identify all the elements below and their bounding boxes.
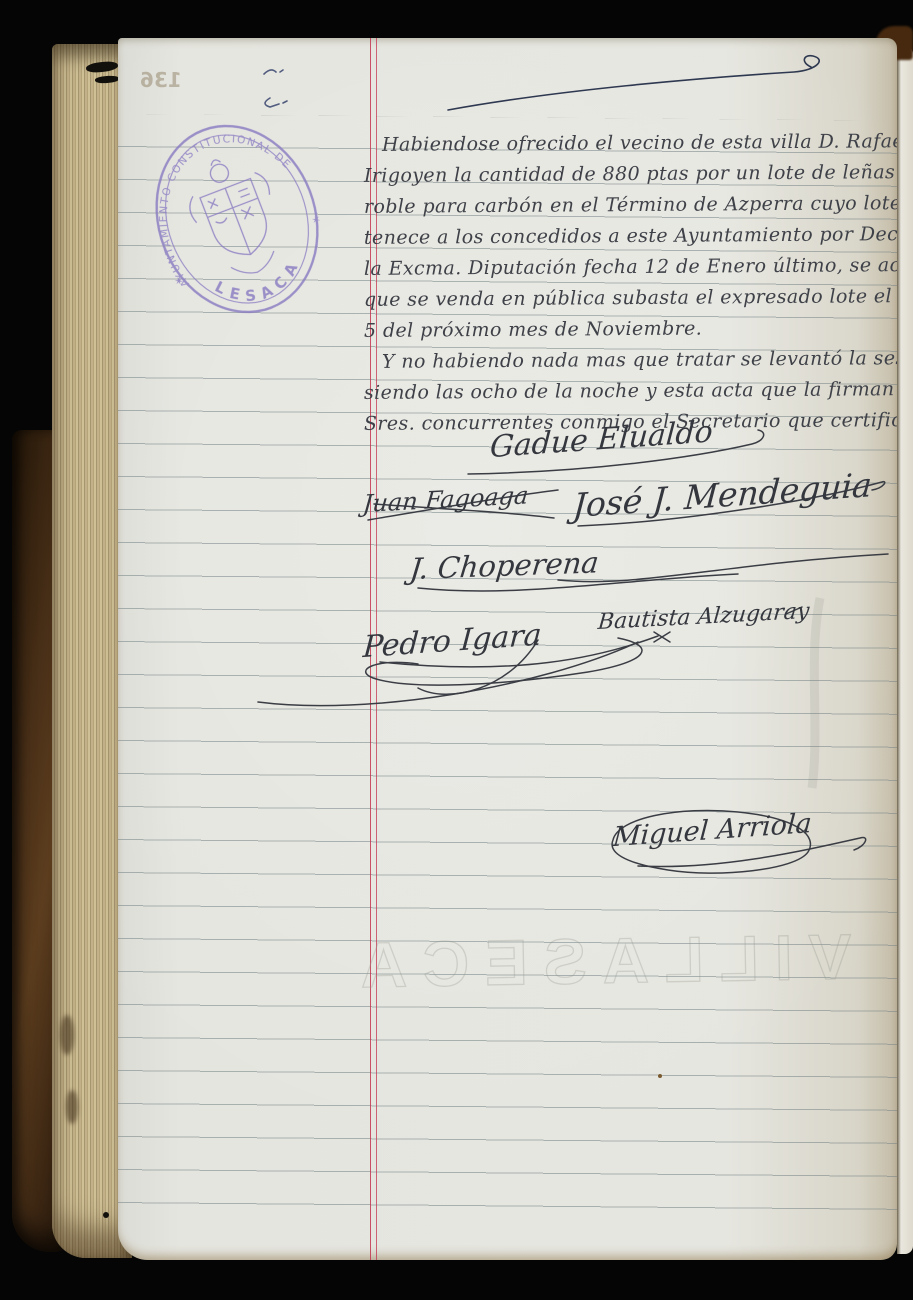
- page-edge-stain: [66, 1090, 78, 1124]
- blue-ink-mark: [265, 98, 287, 107]
- manuscript-line: Irigoyen la cantidad de 880 ptas por un …: [364, 161, 897, 195]
- ink-dot: [103, 1212, 109, 1218]
- manuscript-line: siendo las ocho de la noche y esta acta …: [364, 378, 897, 412]
- manuscript-line: que se venda en pública subasta el expre…: [364, 285, 897, 319]
- manuscript-line: tenece a los concedidos a este Ayuntamie…: [364, 223, 897, 257]
- manuscript-line: 5 del próximo mes de Noviembre.: [364, 316, 897, 350]
- scanned-minutes-book-photo: 136 VILLASECA AYUNTAMIENTO CONSTITUCIONA…: [0, 0, 913, 1300]
- page-edge-stain: [60, 1015, 74, 1055]
- bleedthrough-shadow: [812, 598, 820, 788]
- manuscript-line: roble para carbón en el Término de Azper…: [364, 192, 897, 226]
- signature: J. Choperena: [408, 545, 600, 586]
- manuscript-line: la Excma. Diputación fecha 12 de Enero ú…: [364, 254, 897, 288]
- signature-rubric: [558, 554, 888, 582]
- manuscript-page: 136 VILLASECA AYUNTAMIENTO CONSTITUCIONA…: [118, 38, 897, 1260]
- manuscript-line: Y no habiendo nada mas que tratar se lev…: [364, 347, 897, 381]
- top-flourish: [448, 56, 819, 110]
- manuscript-line: Habiendose ofrecido el vecino de esta vi…: [364, 130, 897, 164]
- next-page-edge: [897, 46, 913, 1254]
- blue-ink-mark: [264, 70, 283, 74]
